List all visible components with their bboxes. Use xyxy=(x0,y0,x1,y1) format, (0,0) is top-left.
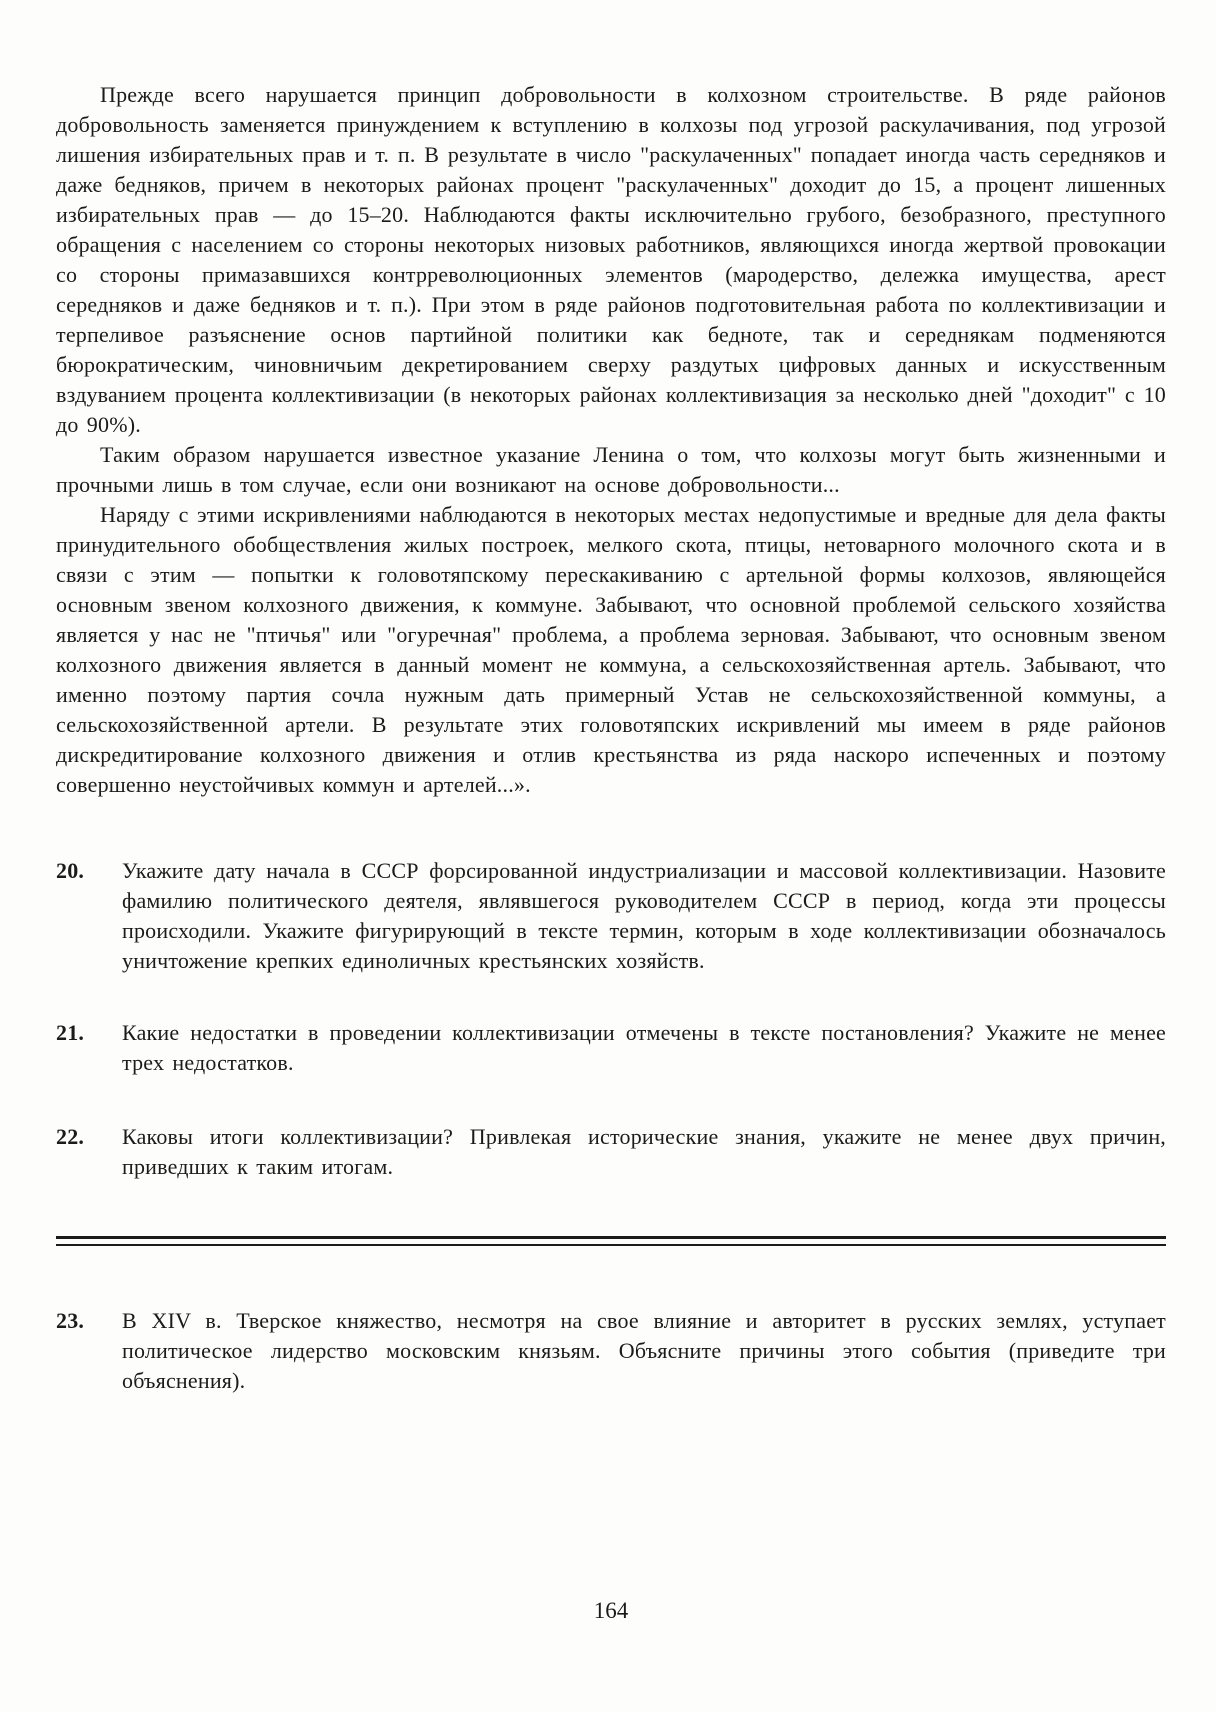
section-divider xyxy=(56,1236,1166,1246)
question-23: 23. В XIV в. Тверское княжество, несмотр… xyxy=(56,1306,1166,1396)
question-text: Какие недостатки в проведении коллективи… xyxy=(122,1018,1166,1078)
source-text-paragraph: Таким образом нарушается известное указа… xyxy=(56,440,1166,500)
question-number: 23. xyxy=(56,1306,122,1396)
question-number: 22. xyxy=(56,1122,122,1182)
question-text: Укажите дату начала в СССР форсированной… xyxy=(122,856,1166,976)
question-text: В XIV в. Тверское княжество, несмотря на… xyxy=(122,1306,1166,1396)
question-21: 21. Какие недостатки в проведении коллек… xyxy=(56,1018,1166,1078)
source-text-paragraph: Прежде всего нарушается принцип добровол… xyxy=(56,80,1166,440)
source-text-paragraph: Наряду с этими искривлениями наблюдаются… xyxy=(56,500,1166,800)
question-text: Каковы итоги коллективизации? Привлекая … xyxy=(122,1122,1166,1182)
page-content: Прежде всего нарушается принцип добровол… xyxy=(56,80,1166,1396)
question-number: 20. xyxy=(56,856,122,976)
scanned-book-page: Прежде всего нарушается принцип добровол… xyxy=(0,0,1216,1712)
question-20: 20. Укажите дату начала в СССР форсирова… xyxy=(56,856,1166,976)
page-number: 164 xyxy=(56,1596,1166,1626)
question-number: 21. xyxy=(56,1018,122,1078)
question-22: 22. Каковы итоги коллективизации? Привле… xyxy=(56,1122,1166,1182)
